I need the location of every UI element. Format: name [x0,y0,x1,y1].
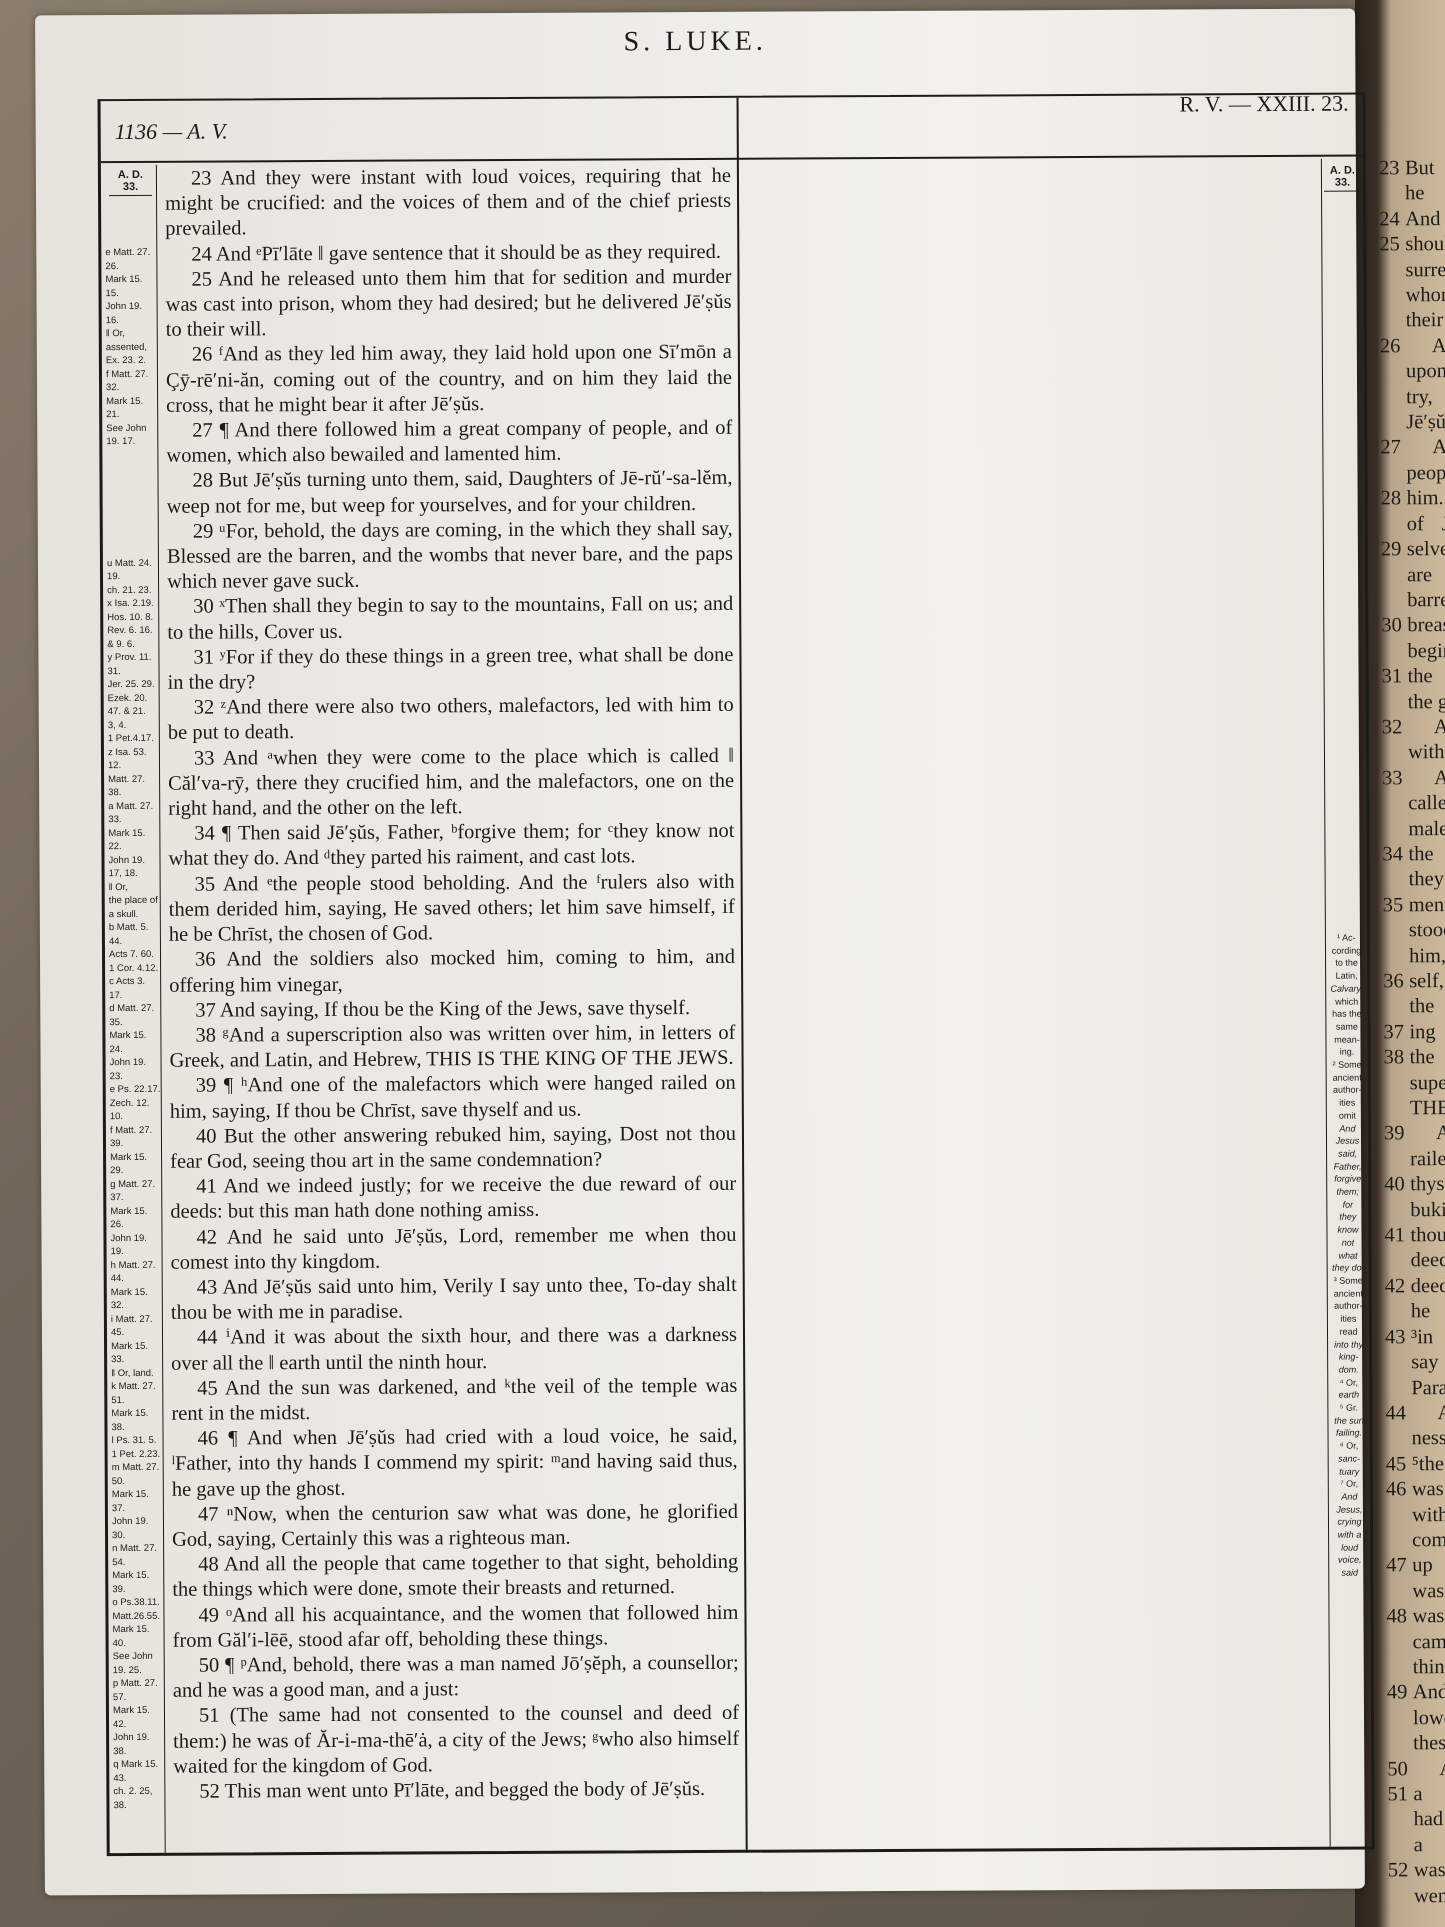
cross-reference: 33. [108,813,159,827]
verse-number: 33 [194,747,223,769]
cross-reference: q Mark 15. [113,1758,164,1772]
verse-av: 29 ᵘFor, behold, the days are coming, in… [167,517,733,596]
verse-line-rv: things that were done, returned smiting … [1387,1652,1445,1680]
verse-text: And ᵉPī′lāte ‖ gave sentence that it sho… [216,240,721,265]
cross-reference: Jer. 25. 29. [108,678,159,692]
verse-av: 26 ᶠAnd as they led him away, they laid … [166,340,732,419]
verse-line-rv: the green tree, what shall be done in th… [1382,687,1445,715]
footnote-line: ³ Some [1328,1274,1369,1287]
verse-text: he might be crucified. And their voices … [1405,179,1445,207]
verse-line-rv: 51a councillor, a good man and a righteo… [1387,1779,1445,1807]
cross-reference: i Matt. 27. [111,1312,162,1326]
verse-number: 29 [193,520,219,542]
footnote-line: voice, [1329,1554,1370,1567]
cross-reference: 45. [111,1326,162,1340]
verse-text: deed justly; for we receive the due rewa… [1411,1246,1445,1274]
cross-reference: Matt. 27. [108,772,159,786]
verse-line-rv: 29selves, and for your children. For beh… [1381,535,1445,563]
cross-reference: 32. [111,1299,162,1313]
verse-number: 39 [1384,1122,1410,1148]
verse-text: their will. [1406,306,1445,334]
verse-line-rv: 37ing him vinegar, and saying, If thou a… [1383,1017,1445,1045]
cross-reference: 3, 4. [108,718,159,732]
cross-reference: 35. [109,1015,160,1029]
cross-reference: Mark 15. [112,1569,163,1583]
verse-line-rv: 34the left. ²And Jē′ṣŭs said, Father, fo… [1382,839,1445,867]
verse-number [1386,1579,1412,1605]
cross-reference: Mark 15. [110,1150,161,1164]
verse-text: thou art in the same condemnation? And w… [1410,1221,1445,1249]
cross-reference: 1 Pet.4.17. [108,732,159,746]
cross-reference: Matt.26.55. [112,1609,163,1623]
verse-av: 33 And ᵃwhen they were come to the place… [168,743,734,822]
cross-reference: John 19. [106,300,157,314]
footnote-line: king- [1328,1351,1369,1364]
verse-number: 26 [192,344,219,366]
verse-line-rv: 27 And there followed him a great multit… [1380,433,1445,461]
verse-text: ⁱAnd it was about the sixth hour, and th… [171,1324,737,1374]
verse-line-rv: 46was rent in the midst. ⁷And when Jē′ṣŭ… [1386,1475,1445,1503]
verse-text: a man of Ăr-i-ma-thæ′ȧ, a city of the Je… [1414,1830,1445,1858]
verse-number [1384,1198,1410,1224]
verse-text: these things. [1413,1729,1445,1757]
verse-text: ʸFor if they do these things in a green … [168,644,734,694]
cross-reference: 23. [110,1069,161,1083]
footnote-line: with a [1329,1529,1370,1542]
cross-reference: m Matt. 27. [112,1461,163,1475]
cross-reference: Mark 15. [111,1407,162,1421]
verse-number: 44 [197,1327,226,1349]
verse-text: ¶ And there followed him a great company… [166,417,732,467]
verse-number: 49 [198,1604,226,1626]
verse-number [1384,1147,1410,1173]
cross-reference: 26. [105,259,156,273]
verse-line-rv: came together to this sight, when they b… [1387,1627,1445,1655]
verse-text: ¶ Then said Jē′ṣŭs, Father, ᵇforgive the… [168,820,734,870]
cross-reference: assented, [106,340,157,354]
verse-number: 45 [197,1377,225,1399]
cross-reference: Mark 15. [111,1339,162,1353]
verse-number [1380,410,1406,436]
footnote-line: they do. [1328,1262,1369,1275]
verse-number: 38 [195,1024,222,1046]
cross-reference: John 19. [112,1515,163,1529]
verse-text: ᶠAnd as they led him away, they laid hol… [166,341,732,416]
verse-number: 31 [1382,664,1408,690]
verse-number: 43 [197,1276,223,1298]
cross-reference: 47. & 21. [108,705,159,719]
verse-line-rv: are coming, in which they shall say, Ble… [1381,560,1445,588]
verse-text: But they were instant with loud voices, … [1405,153,1445,181]
verse-text: begin to say to the mountains, Fall on u… [1407,636,1445,664]
header-page-av: 1136 — A. V. [115,118,228,145]
cross-reference: 37. [110,1191,161,1205]
verse-text: And there followed him a great multitude… [1406,433,1445,461]
verse-number: 30 [1381,614,1407,640]
footnote-line: ing. [1327,1046,1368,1059]
verse-number [1386,1528,1412,1554]
cross-reference: p Matt. 27. [113,1677,164,1691]
verse-text: And they were instant with loud voices, … [165,165,731,240]
verse-number: 49 [1387,1681,1413,1707]
verse-number [1379,182,1405,208]
revised-version-column: 23But they were instant with loud voices… [1379,153,1445,1909]
verse-number: 50 [199,1654,226,1676]
verse-line-rv: they know not what they do. And parting … [1383,865,1445,893]
cross-reference: Mark 15. [110,1204,161,1218]
cross-reference: o Ps.38.11. [112,1596,163,1610]
footnote-line: Jesus, [1329,1503,1370,1516]
verse-number: 48 [198,1554,224,1576]
verse-line-rv: 48was a righteous man. And all the multi… [1386,1602,1445,1630]
footnote-line: ⁶ Or, [1329,1440,1370,1453]
verse-number: 37 [195,999,220,1021]
verse-text: And he said unto Jē′ṣŭs, Lord, remember … [171,1223,737,1273]
footnote-line: Calvary, [1326,982,1367,995]
cross-reference: 31. [107,664,158,678]
verse-av: 23 And they were instant with loud voice… [165,164,731,243]
verse-line-rv: upon one Sī′mŏn of Çȳ-rē′ne, coming from… [1380,357,1445,385]
verse-av: 24 And ᵉPī′lāte ‖ gave sentence that it … [165,239,731,267]
verse-text: the green tree, what shall be done in th… [1408,687,1445,715]
footnote-line: Latin, [1326,970,1367,983]
verse-line-rv: Paradise. [1385,1373,1445,1401]
verse-number [1388,1884,1414,1910]
footnote-line: Father, [1327,1160,1368,1173]
verse-number [1388,1833,1414,1859]
verse-number [1385,1300,1411,1326]
cross-reference: 39. [110,1137,161,1151]
verse-text: And there were also two others, malefact… [1408,712,1445,740]
cross-reference: 38. [113,1798,164,1812]
verse-av: 27 ¶ And there followed him a great comp… [166,416,732,469]
verse-line-rv: 28him. But Jē′ṣŭs turning unto them said… [1381,484,1445,512]
verse-text: But Jē′ṣŭs turning unto them, said, Daug… [167,467,733,517]
cross-reference [106,462,157,476]
verse-line-rv: lowed with him from Găl′i-lēē, stood afa… [1387,1703,1445,1731]
footnote-line: said, [1327,1147,1368,1160]
verse-text: ⁵the sun's light failing: and the veil o… [1412,1449,1445,1477]
verse-text: This man went unto Pī′lāte, and begged t… [225,1778,705,1803]
cross-reference: 50. [112,1474,163,1488]
verse-number: 27 [192,420,219,442]
verse-text: the hills, Cover us. For if they do thes… [1408,662,1445,690]
cross-reference: See John [106,421,157,435]
verse-number: 52 [1388,1858,1414,1884]
verse-line-rv: barren, and the wombs that never bare, a… [1381,585,1445,613]
verse-line-rv: 39 And one of the malefactors which were… [1384,1119,1445,1147]
verse-text: And it was now about the sixth hour, and… [1411,1398,1445,1426]
verse-number: 51 [199,1705,230,1727]
verse-av: 32 ᶻAnd there were also two others, male… [168,693,734,746]
verse-text: And Pī′lāte gave sentence that what they… [1405,204,1445,232]
cross-reference: g Matt. 27. [110,1177,161,1191]
verse-text: But the other answering rebuked him, say… [170,1123,736,1173]
verse-text: upon one Sī′mŏn of Çȳ-rē′ne, coming from… [1406,357,1445,385]
footnote-line: sanc- [1329,1452,1370,1465]
footnote-line: same [1326,1020,1367,1033]
verse-line-rv: 36self, if this is the Chrīst of God, hi… [1383,966,1445,994]
verse-text: they know not what they do. And parting … [1409,865,1445,893]
verse-text: stood beholding. And the rulers also sco… [1409,916,1445,944]
verse-number: 39 [196,1075,224,1097]
footnote-line: failing. [1328,1427,1369,1440]
verse-line-rv: malefactors, one on the right hand and t… [1382,814,1445,842]
cross-reference: 12. [108,759,159,773]
verse-number [1383,944,1409,970]
verse-number: 25 [1379,233,1405,259]
verse-line-rv: 43³in thy kingdom. And he said unto him,… [1385,1322,1445,1350]
verse-number [1382,741,1408,767]
verse-text: a councillor, a good man and a righteous… [1413,1779,1445,1807]
cross-reference: Mark 15. [108,826,159,840]
verse-number: 45 [1386,1452,1412,1478]
verse-line-rv: people, and of women who bewailed and la… [1380,458,1445,486]
footnote-line: what [1328,1249,1369,1262]
verse-av: 28 But Jē′ṣŭs turning unto them, said, D… [166,466,732,519]
verse-line-rv: 52was looking for the kingdom of God: th… [1388,1856,1445,1884]
verse-line-rv: him, saying, He saved others; let him sa… [1383,941,1445,969]
cross-reference: Mark 15. [112,1488,163,1502]
verse-text: was a righteous man. And all the multitu… [1412,1602,1445,1630]
verse-text: self, if this is the Chrīst of God, his … [1409,966,1445,994]
cross-reference: 33. [111,1353,162,1367]
cross-reference: 37. [112,1501,163,1515]
verse-line-rv: 40thyself and us. But the other answered… [1384,1170,1445,1198]
verse-line-rv: superscription over him, THIS IS THE KIN… [1384,1068,1445,1096]
verse-line-rv: 35ments among them, they cast lots. And … [1383,890,1445,918]
footnote-line: into thy [1328,1338,1369,1351]
verse-number [1380,309,1406,335]
left-margin-references: A. D. 33. e Matt. 27.26.Mark 15.15.John … [101,165,166,1853]
cross-reference: c Acts 3. [109,975,160,989]
verse-text: And ᵃwhen they were come to the place wh… [168,744,734,819]
cross-reference: 44. [111,1272,162,1286]
ad-date-right: A. D. 33. [1324,161,1361,192]
cross-reference: 44. [109,934,160,948]
cross-reference: 22. [108,840,159,854]
verse-text: ˣThen shall they begin to say to the mou… [167,593,733,643]
cross-reference: 42. [113,1717,164,1731]
cross-reference: l Ps. 31. 5. [112,1434,163,1448]
bible-page: S. LUKE. 1136 — A. V. R. V. — XXIII. 23.… [35,9,1365,1896]
verse-av: 42 And he said unto Jē′ṣŭs, Lord, rememb… [170,1222,736,1275]
verse-number: 32 [1382,715,1408,741]
verse-text: try, and laid on him the cross, to bear … [1406,382,1445,410]
verse-av: 49 ᵒAnd all his acquaintance, and the wo… [172,1600,738,1653]
verse-number: 28 [1381,487,1407,513]
verse-text: up the ghost. And when the centurion saw… [1412,1551,1445,1579]
footnote-line: cording [1326,944,1367,957]
verse-av: 34 ¶ Then said Jē′ṣŭs, Father, ᵇforgive … [168,819,734,872]
footnote-line: omit [1327,1109,1368,1122]
verse-number [1387,1630,1413,1656]
verse-text: And when they came unto the place which … [1408,763,1445,791]
cross-reference [107,502,158,516]
cross-reference: 38. [113,1744,164,1758]
verse-text: was done, he glorified God, saying, Cert… [1412,1576,1445,1604]
verse-text: (The same had not consented to the couns… [173,1702,739,1777]
verse-line-rv: 30breasts that never gave suck. Then sha… [1381,611,1445,639]
right-margin-notes: A. D. 33. ¹ Ac-cordingto theLatin,Calvar… [1321,159,1372,1847]
verse-number: 27 [1380,436,1406,462]
verse-line-rv: 24And Pī′lāte gave sentence that what th… [1379,204,1445,232]
verse-text: Jē′ṣŭs. [1406,408,1445,436]
cross-reference: 32. [106,381,157,395]
verse-line-rv: was done, he glorified God, saying, Cert… [1386,1576,1445,1604]
cross-reference: ‖ Or, [109,880,160,894]
verse-number: 41 [196,1176,223,1198]
verse-number [1380,385,1406,411]
verse-av: 45 And the sun was darkened, and ᵏthe ve… [171,1374,737,1427]
verse-text: was rent in the midst. ⁷And when Jē′ṣŭs … [1412,1475,1445,1503]
verse-av: 36 And the soldiers also mocked him, com… [169,945,735,998]
verse-text: the soldiers also mocked him, coming to … [1409,992,1445,1020]
verse-text: the Jews, save thyself. And there was al… [1409,1043,1445,1071]
cross-reference: Mark 15. [111,1285,162,1299]
verse-line-rv: 23But they were instant with loud voices… [1379,153,1445,181]
verse-number: 36 [1383,969,1409,995]
verse-number [1381,588,1407,614]
verse-line-rv: a man of Ăr-i-ma-thæ′ȧ, a city of the Je… [1388,1830,1445,1858]
cross-reference: 21. [106,408,157,422]
cross-reference [107,516,158,530]
verse-number [1381,563,1407,589]
cross-reference: 17. [109,988,160,1002]
cross-reference: Ezek. 20. [108,691,159,705]
cross-reference: y Prov. 11. [107,651,158,665]
footnote-line: to the [1326,957,1367,970]
verse-number: 36 [195,949,226,971]
cross-reference: Mark 15. [113,1704,164,1718]
verse-number [1382,791,1408,817]
verse-number [1384,1071,1410,1097]
verse-av: 43 And Jē′ṣŭs said unto him, Verily I sa… [171,1273,737,1326]
verse-text: commend my spirit: and having said this,… [1412,1525,1445,1553]
verse-text: And he released unto them him that for s… [166,266,732,341]
verse-text: came together to this sight, when they b… [1413,1627,1445,1655]
verse-number: 34 [1382,842,1408,868]
verse-text: are coming, in which they shall say, Ble… [1407,560,1445,588]
verse-number [1383,995,1409,1021]
verse-text: And Jē′ṣŭs said unto him, Verily I say u… [171,1274,737,1324]
verse-text: superscription over him, THIS IS THE KIN… [1410,1068,1445,1096]
verse-number: 23 [1379,156,1405,182]
verse-text: buking him said, Dost thou not even fear… [1410,1195,1445,1223]
footnote-line: they [1327,1211,1368,1224]
footnote-line: tuary [1329,1465,1370,1478]
footnote-line: ⁵ Gr. [1328,1402,1369,1415]
verse-text: him. But Jē′ṣŭs turning unto them said, … [1407,484,1445,512]
verse-number: 46 [197,1428,228,1450]
cross-reference: John 19. [113,1731,164,1745]
cross-reference: the place of [109,894,160,908]
verse-line-rv: he might be crucified. And their voices … [1379,179,1445,207]
verse-text: ¶ And when Jē′ṣŭs had cried with a loud … [172,1425,738,1500]
verse-line-rv: of Jē-rŭ′sa-lĕm, weep not for me, but we… [1381,509,1445,537]
cross-reference [106,475,157,489]
cross-reference: 39. [112,1582,163,1596]
cross-reference: u Matt. 24. [107,556,158,570]
verse-text: And the soldiers also mocked him, coming… [169,946,735,996]
cross-reference: 38. [111,1420,162,1434]
verse-line-rv: Jē′ṣŭs. [1380,408,1445,436]
footnote-line: ⁴ Or, [1328,1376,1369,1389]
verse-number [1380,461,1406,487]
verse-av: 51 (The same had not consented to the co… [173,1701,739,1780]
verse-line-rv: begin to say to the mountains, Fall on u… [1381,636,1445,664]
cross-reference: f Matt. 27. [106,367,157,381]
ad-date-left: A. D. 33. [109,165,152,196]
verse-line-rv: called ¹The skull, there they crucified … [1382,789,1445,817]
cross-reference: 19. 17. [106,435,157,449]
cross-reference: & 9. 6. [107,637,158,651]
verse-number: 29 [1381,537,1407,563]
cross-reference: e Ps. 22.17. [110,1083,161,1097]
cross-reference: 29. [110,1164,161,1178]
cross-reference: d Matt. 27. [109,1002,160,1016]
verse-text: ⁿNow, when the centurion saw what was do… [172,1501,738,1551]
verse-line-rv: 25should be done. And he released him th… [1379,230,1445,258]
verse-number [1387,1706,1413,1732]
footnote-line: mean- [1326,1033,1367,1046]
verse-line-rv: 45⁵the sun's light failing: and the veil… [1386,1449,1445,1477]
verse-av: 30 ˣThen shall they begin to say to the … [167,592,733,645]
authorized-version-column: 23 And they were instant with loud voice… [165,164,740,1805]
verse-line-rv: had not consented to their counsel and d… [1387,1805,1445,1833]
running-head: S. LUKE. [35,23,1355,62]
verse-number: 23 [191,168,220,190]
verse-line-rv: he said, Jē′ṣŭs, remember me when thou c… [1385,1297,1445,1325]
verse-number [1381,639,1407,665]
cross-reference: a Matt. 27. [108,799,159,813]
verse-number [1386,1503,1412,1529]
verse-text: selves, and for your children. For behol… [1407,535,1445,563]
verse-text: ᶻAnd there were also two others, malefac… [168,694,734,744]
cross-reference: 19. [107,570,158,584]
verse-text: ments among them, they cast lots. And th… [1409,890,1445,918]
cross-reference: Mark 15. [106,394,157,408]
verse-text: ³in thy kingdom. And he said unto him, V… [1411,1322,1445,1350]
footnote-line: And [1329,1490,1370,1503]
cross-reference: k Matt. 27. [111,1380,162,1394]
cross-reference: 57. [113,1690,164,1704]
cross-reference: 17, 18. [109,867,160,881]
verse-number: 25 [191,268,218,290]
verse-av: 39 ¶ ʰAnd one of the malefactors which w… [170,1071,736,1124]
verse-line-rv: commend my spirit: and having said this,… [1386,1525,1445,1553]
cross-reference: 16. [106,313,157,327]
verse-line-rv: 47up the ghost. And when the centurion s… [1386,1551,1445,1579]
footnote-line: said [1329,1567,1370,1580]
verse-line-rv: 26 And when they led him away, they laid… [1380,331,1445,359]
verse-line-rv: buking him said, Dost thou not even fear… [1384,1195,1445,1223]
footnote-line: ¹ Ac- [1326,932,1367,945]
verse-line-rv: their will. [1380,306,1445,334]
verse-number: 50 [1387,1757,1413,1783]
verse-av: 40 But the other answering rebuked him, … [170,1122,736,1175]
footnote-line: not [1327,1236,1368,1249]
verse-text: the left. ²And Jē′ṣŭs said, Father, forg… [1408,839,1445,867]
verse-line-rv: went to Pī′lāte, and asked for the body … [1388,1881,1445,1909]
verse-text: And when they led him away, they laid ho… [1406,331,1445,359]
verse-line-rv: railed on him, saying, Art not thou the … [1384,1144,1445,1172]
verse-line-rv: surrection and murder had been cast into… [1379,255,1445,283]
verse-text: And ᵉthe people stood beholding. And the… [169,871,735,946]
verse-text: him, saying, He saved others; let him sa… [1409,941,1445,969]
verse-number: 42 [1385,1274,1411,1300]
footnote-line: the sun [1328,1414,1369,1427]
